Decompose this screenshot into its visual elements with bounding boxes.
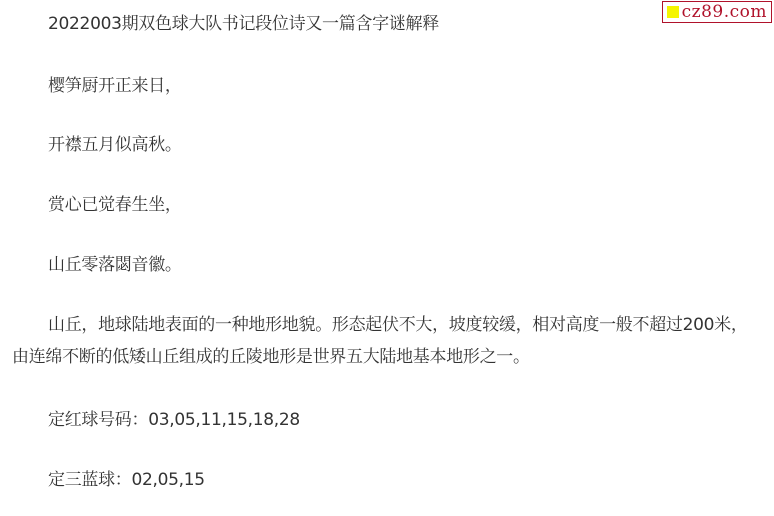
yellow-square-icon [667,6,679,18]
watermark-text: cz89.com [682,3,767,21]
red-ball-numbers: 定红球号码：03,05,11,15,18,28 [12,404,764,436]
poem-line-3: 赏心已觉春生坐， [12,189,764,221]
site-watermark: cz89.com [662,1,772,23]
article-title: 2022003期双色球大队书记段位诗又一篇含字谜解释 [12,8,764,40]
poem-line-4: 山丘零落閟音徽。 [12,249,764,281]
blue-ball-numbers: 定三蓝球：02,05,15 [12,464,764,496]
explanation-paragraph: 山丘，地球陆地表面的一种地形地貌。形态起伏不大，坡度较缓，相对高度一般不超过20… [12,309,764,373]
poem-line-1: 樱笋厨开正来日， [12,70,764,102]
poem-line-2: 开襟五月似高秋。 [12,129,764,161]
